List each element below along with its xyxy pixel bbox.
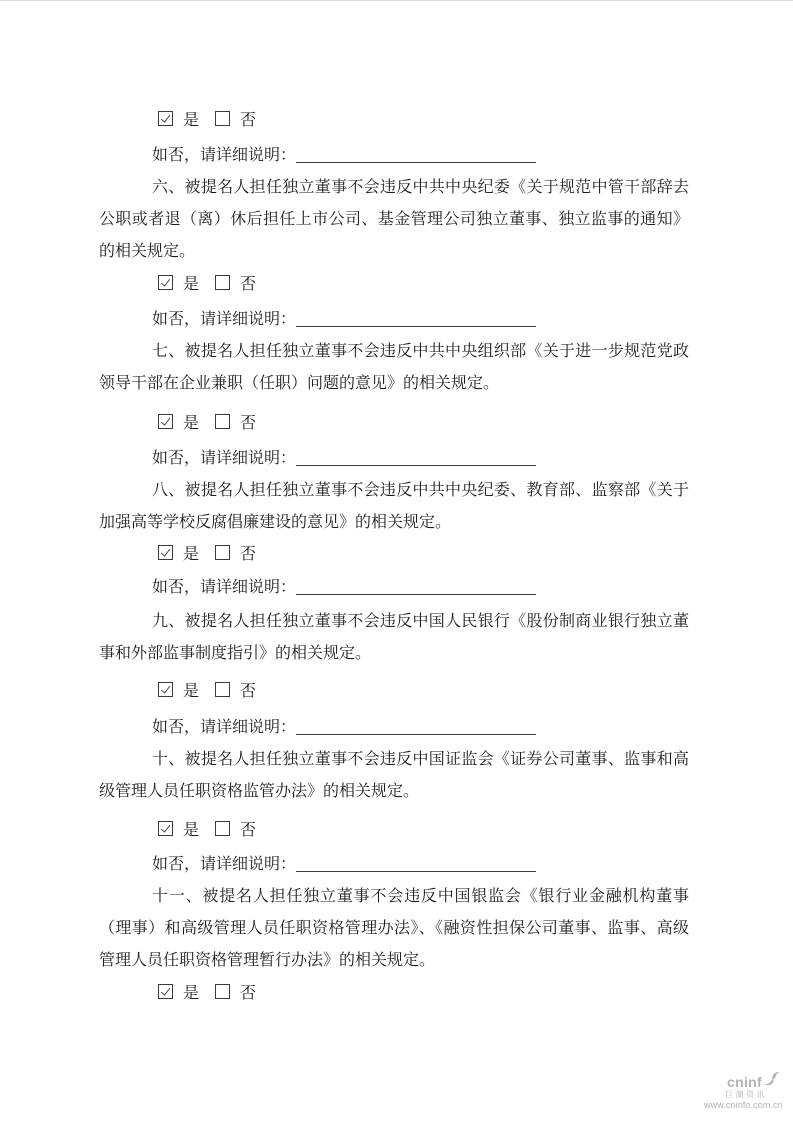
no-label: 否 [240,822,256,839]
yes-checkbox-1[interactable] [158,111,173,126]
explain-row-6: 如否，请详细说明： [99,849,689,881]
no-checkbox-5[interactable] [215,682,230,697]
no-label: 否 [240,546,256,563]
explain-label: 如否，请详细说明： [152,450,296,467]
no-checkbox-3[interactable] [215,414,230,429]
yes-checkbox-3[interactable] [158,414,173,429]
question-paragraph-8: 八、被提名人担任独立董事不会违反中共中央纪委、教育部、监察部《关于加强高等学校反… [99,475,689,539]
yes-label: 是 [183,415,199,432]
explanation-blank-4[interactable] [296,579,536,595]
answer-row-3: 是否 [99,408,689,440]
explanation-blank-1[interactable] [296,147,536,163]
yes-label: 是 [183,822,199,839]
answer-row-2: 是否 [99,269,689,301]
explain-row-5: 如否，请详细说明： [99,712,689,744]
yes-checkbox-4[interactable] [158,545,173,560]
yes-label: 是 [183,112,199,129]
explanation-blank-2[interactable] [296,311,536,327]
check-icon [160,415,169,425]
no-label: 否 [240,985,256,1002]
no-checkbox-4[interactable] [215,545,230,560]
explain-label: 如否，请详细说明： [152,856,296,873]
yes-label: 是 [183,276,199,293]
cninfo-brand-row: cninf [704,1074,780,1089]
yes-checkbox-2[interactable] [158,275,173,290]
question-paragraph-10: 十、被提名人担任独立董事不会违反中国证监会《证券公司董事、监事和高级管理人员任职… [99,744,689,808]
no-label: 否 [240,683,256,700]
no-label: 否 [240,112,256,129]
explain-label: 如否，请详细说明： [152,579,296,596]
cninfo-swoosh-icon [763,1071,780,1090]
question-paragraph-7: 七、被提名人担任独立董事不会违反中共中央组织部《关于进一步规范党政领导干部在企业… [99,336,689,400]
explanation-blank-6[interactable] [296,856,536,872]
answer-row-1: 是否 [99,105,689,137]
explanation-blank-3[interactable] [296,450,536,466]
explain-row-1: 如否，请详细说明： [99,140,689,172]
yes-label: 是 [183,985,199,1002]
check-icon [160,683,169,693]
check-icon [160,822,169,832]
question-paragraph-9: 九、被提名人担任独立董事不会违反中国人民银行《股份制商业银行独立董事和外部监事制… [99,606,689,670]
yes-checkbox-7[interactable] [158,984,173,999]
check-icon [160,276,169,286]
explain-row-3: 如否，请详细说明： [99,443,689,475]
check-icon [160,112,169,122]
cninfo-brand-text: cninf [727,1075,762,1089]
no-label: 否 [240,415,256,432]
cninfo-url: www.cninfo.com.cn [704,1101,780,1110]
document-page: 是否 如否，请详细说明： 六、被提名人担任独立董事不会违反中共中央纪委《关于规范… [0,0,793,1122]
cninfo-site-name: 巨潮资讯 [704,1091,780,1099]
no-checkbox-2[interactable] [215,275,230,290]
yes-label: 是 [183,683,199,700]
explain-label: 如否，请详细说明： [152,311,296,328]
cninfo-watermark: cninf 巨潮资讯 www.cninfo.com.cn [704,1074,780,1110]
check-icon [160,985,169,995]
yes-label: 是 [183,546,199,563]
explain-label: 如否，请详细说明： [152,147,296,164]
explanation-blank-5[interactable] [296,719,536,735]
no-label: 否 [240,276,256,293]
answer-row-4: 是否 [99,539,689,571]
explain-label: 如否，请详细说明： [152,719,296,736]
explain-row-2: 如否，请详细说明： [99,304,689,336]
no-checkbox-6[interactable] [215,821,230,836]
no-checkbox-7[interactable] [215,984,230,999]
answer-row-7: 是否 [99,978,689,1010]
question-paragraph-6: 六、被提名人担任独立董事不会违反中共中央纪委《关于规范中管干部辞去公职或者退（离… [99,172,689,268]
check-icon [160,546,169,556]
no-checkbox-1[interactable] [215,111,230,126]
question-paragraph-11: 十一、被提名人担任独立董事不会违反中国银监会《银行业金融机构董事（理事）和高级管… [99,881,689,977]
answer-row-6: 是否 [99,815,689,847]
yes-checkbox-6[interactable] [158,821,173,836]
answer-row-5: 是否 [99,676,689,708]
explain-row-4: 如否，请详细说明： [99,572,689,604]
yes-checkbox-5[interactable] [158,682,173,697]
